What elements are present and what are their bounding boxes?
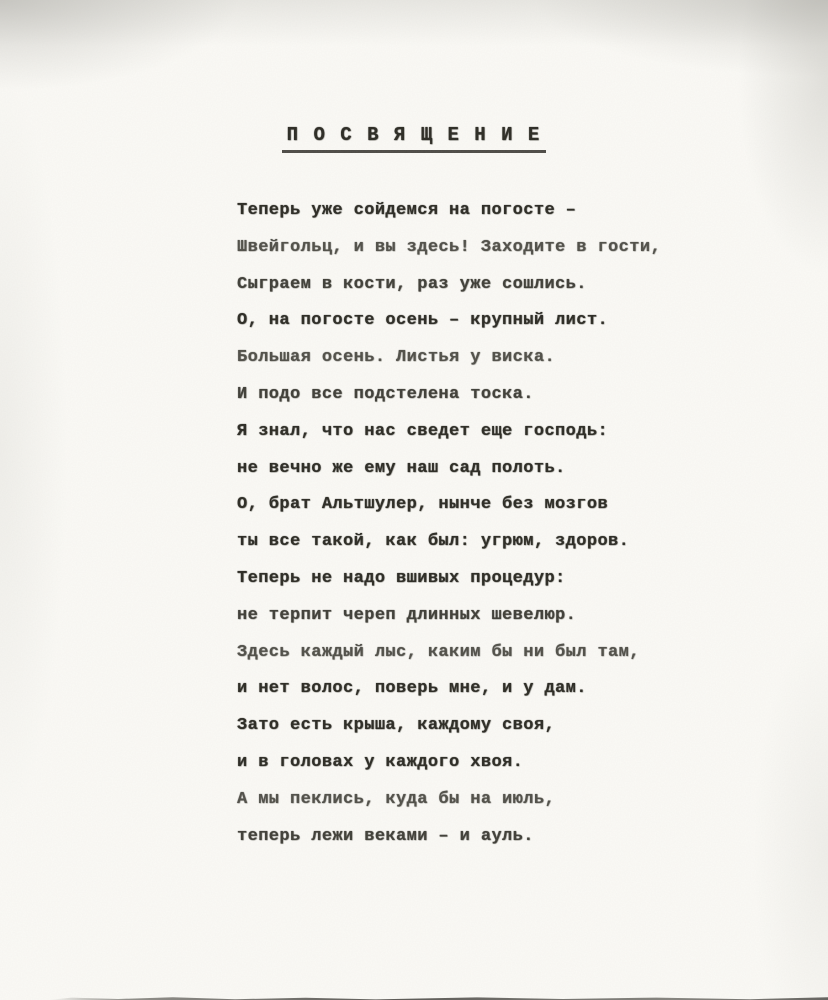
poem-line: Я знал, что нас сведет еще господь: (237, 414, 797, 451)
poem-line: Здесь каждый лыс, каким бы ни был там, (237, 635, 797, 672)
poem-body: Теперь уже сойдемся на погосте –Швейголь… (237, 193, 797, 855)
scanned-typewritten-page: П О С В Я Щ Е Н И Е Теперь уже сойдемся … (0, 0, 828, 1000)
scan-bottom-edge (48, 996, 828, 1000)
poem-line: А мы пеклись, куда бы на июль, (237, 782, 797, 819)
poem-line: Теперь не надо вшивых процедур: (237, 561, 797, 598)
poem-line: не терпит череп длинных шевелюр. (237, 598, 797, 635)
poem-line: Зато есть крыша, каждому своя, (237, 708, 797, 745)
poem-line: и в головах у каждого хвоя. (237, 745, 797, 782)
poem-line: Большая осень. Листья у виска. (237, 340, 797, 377)
poem-line: и нет волос, поверь мне, и у дам. (237, 671, 797, 708)
poem-line: теперь лежи веками – и ауль. (237, 819, 797, 856)
poem-line: не вечно же ему наш сад полоть. (237, 451, 797, 488)
poem-title-text: П О С В Я Щ Е Н И Е (282, 124, 547, 153)
poem-line: О, брат Альтшулер, нынче без мозгов (237, 487, 797, 524)
poem-line: Теперь уже сойдемся на погосте – (237, 193, 797, 230)
poem-line: И подо все подстелена тоска. (237, 377, 797, 414)
poem-line: Сыграем в кости, раз уже сошлись. (237, 267, 797, 304)
poem-line: О, на погосте осень – крупный лист. (237, 303, 797, 340)
poem-title: П О С В Я Щ Е Н И Е (0, 124, 828, 153)
poem-line: ты все такой, как был: угрюм, здоров. (237, 524, 797, 561)
poem-line: Швейгольц, и вы здесь! Заходите в гости, (237, 230, 797, 267)
